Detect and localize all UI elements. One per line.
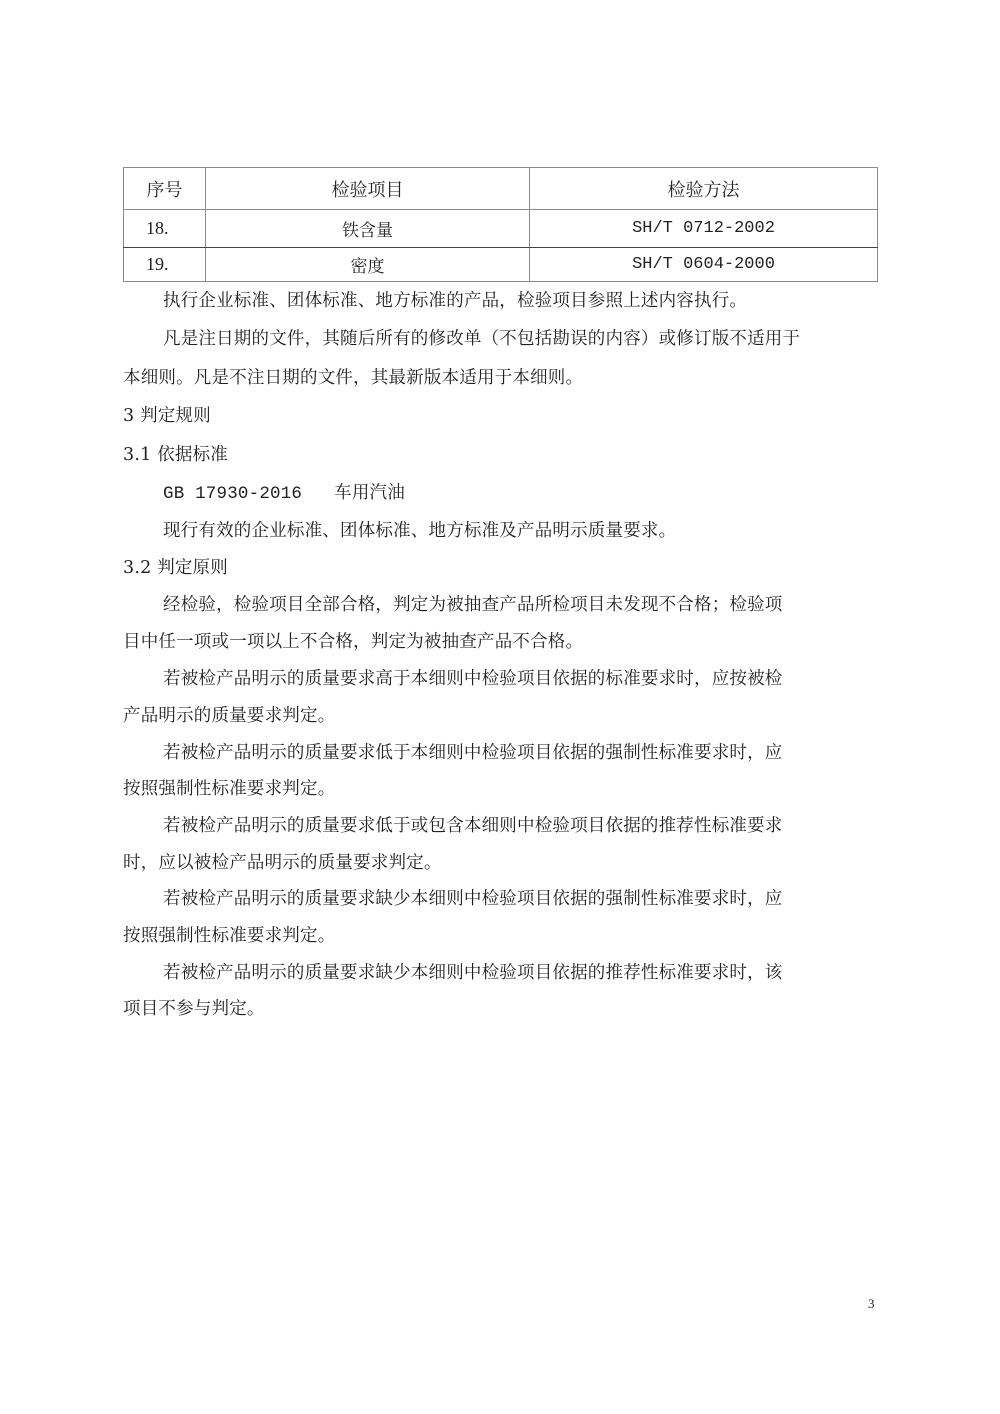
cell-serial-no: 18. (124, 210, 206, 248)
principle-1-line2: 目中任一项或一项以上不合格，判定为被抽查产品不合格。 (123, 630, 883, 654)
header-serial-no: 序号 (124, 168, 206, 210)
principle-6-line2: 项目不参与判定。 (123, 997, 883, 1021)
table-row: 19. 密度 SH/T 0604-2000 (124, 248, 878, 282)
page-number: 3 (868, 1296, 875, 1312)
principle-1-line1: 经检验，检验项目全部合格，判定为被抽查产品所检项目未发现不合格；检验项 (163, 593, 923, 617)
principle-4-line1: 若被检产品明示的质量要求低于或包含本细则中检验项目依据的推荐性标准要求 (163, 814, 923, 838)
section-3-2-heading: 3.2 判定原则 (123, 556, 883, 580)
principle-5-line2: 按照强制性标准要求判定。 (123, 924, 883, 948)
principle-3-line1: 若被检产品明示的质量要求低于本细则中检验项目依据的强制性标准要求时，应 (163, 741, 923, 765)
principle-6-line1: 若被检产品明示的质量要求缺少本细则中检验项目依据的推荐性标准要求时，该 (163, 961, 923, 985)
paragraph-dated-documents-line1: 凡是注日期的文件，其随后所有的修改单（不包括勘误的内容）或修订版不适用于 (163, 327, 923, 351)
cell-inspection-item: 铁含量 (206, 210, 530, 248)
paragraph-enterprise-standards: 执行企业标准、团体标准、地方标准的产品，检验项目参照上述内容执行。 (163, 289, 923, 313)
header-inspection-item: 检验项目 (206, 168, 530, 210)
document-page: 序号 检验项目 检验方法 18. 铁含量 SH/T 0712-2002 19. … (0, 0, 1000, 1414)
standard-name: 车用汽油 (334, 483, 405, 503)
cell-inspection-method: SH/T 0604-2000 (530, 248, 878, 282)
table-row: 18. 铁含量 SH/T 0712-2002 (124, 210, 878, 248)
header-inspection-method: 检验方法 (530, 168, 878, 210)
section-3-heading: 3 判定规则 (123, 404, 883, 428)
principle-5-line1: 若被检产品明示的质量要求缺少本细则中检验项目依据的强制性标准要求时，应 (163, 887, 923, 911)
cell-inspection-item: 密度 (206, 248, 530, 282)
principle-4-line2: 时，应以被检产品明示的质量要求判定。 (123, 851, 883, 875)
table-header-row: 序号 检验项目 检验方法 (124, 168, 878, 210)
principle-2-line1: 若被检产品明示的质量要求高于本细则中检验项目依据的标准要求时，应按被检 (163, 667, 923, 691)
principle-2-line2: 产品明示的质量要求判定。 (123, 704, 883, 728)
standard-reference: GB 17930-2016车用汽油 (163, 481, 923, 506)
cell-inspection-method: SH/T 0712-2002 (530, 210, 878, 248)
standard-note: 现行有效的企业标准、团体标准、地方标准及产品明示质量要求。 (163, 519, 923, 543)
standard-code: GB 17930-2016 (163, 484, 302, 504)
principle-3-line2: 按照强制性标准要求判定。 (123, 777, 883, 801)
section-3-1-heading: 3.1 依据标准 (123, 443, 883, 467)
cell-serial-no: 19. (124, 248, 206, 282)
paragraph-dated-documents-line2: 本细则。凡是不注日期的文件，其最新版本适用于本细则。 (123, 366, 883, 390)
inspection-table: 序号 检验项目 检验方法 18. 铁含量 SH/T 0712-2002 19. … (123, 167, 878, 282)
